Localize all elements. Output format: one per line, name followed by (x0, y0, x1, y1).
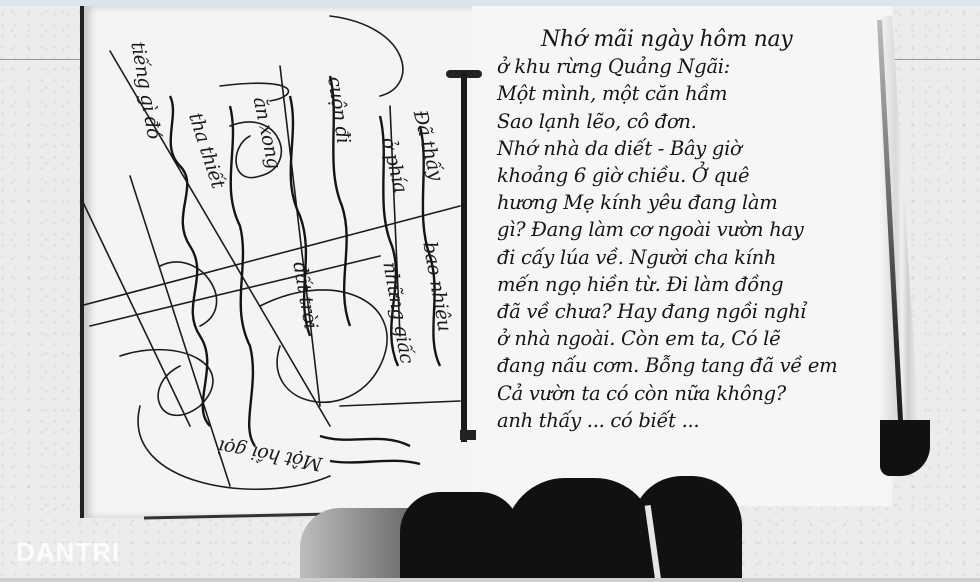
entry-line: Cả vườn ta có còn nữa không? (497, 380, 857, 407)
entry-line: đi cấy lúa về. Người cha kính (497, 244, 857, 271)
entry-line: Sao lạnh lẽo, cô đơn. (497, 108, 857, 135)
bottom-border (0, 578, 980, 582)
entry-line: anh thấy ... có biết ... (497, 407, 857, 434)
entry-line: Nhớ nhà da diết - Bây giờ (497, 135, 857, 162)
entry-line: ở nhà ngoài. Còn em ta, Có lẽ (497, 325, 857, 352)
watermark-logo: DANTRI (16, 537, 120, 568)
diary-entry: Nhớ mãi ngày hôm nay ở khu rừng Quảng Ng… (497, 26, 857, 434)
entry-line: Một mình, một căn hầm (497, 80, 857, 107)
entry-line: đang nấu cơm. Bỗng tang đã về em (497, 352, 857, 379)
entry-line: ở khu rừng Quảng Ngãi: (497, 53, 857, 80)
entry-line: mến ngọ hiền từ. Đi làm đồng (497, 271, 857, 298)
entry-line: hương Mẹ kính yêu đang làm (497, 189, 857, 216)
entry-line: đã về chưa? Hay đang ngồi nghỉ (497, 298, 857, 325)
entry-line: khoảng 6 giờ chiều. Ở quê (497, 162, 857, 189)
entry-line: Nhớ mãi ngày hôm nay (497, 26, 857, 53)
entry-line: gì? Đang làm cơ ngoài vườn hay (497, 216, 857, 243)
finger (400, 492, 520, 582)
